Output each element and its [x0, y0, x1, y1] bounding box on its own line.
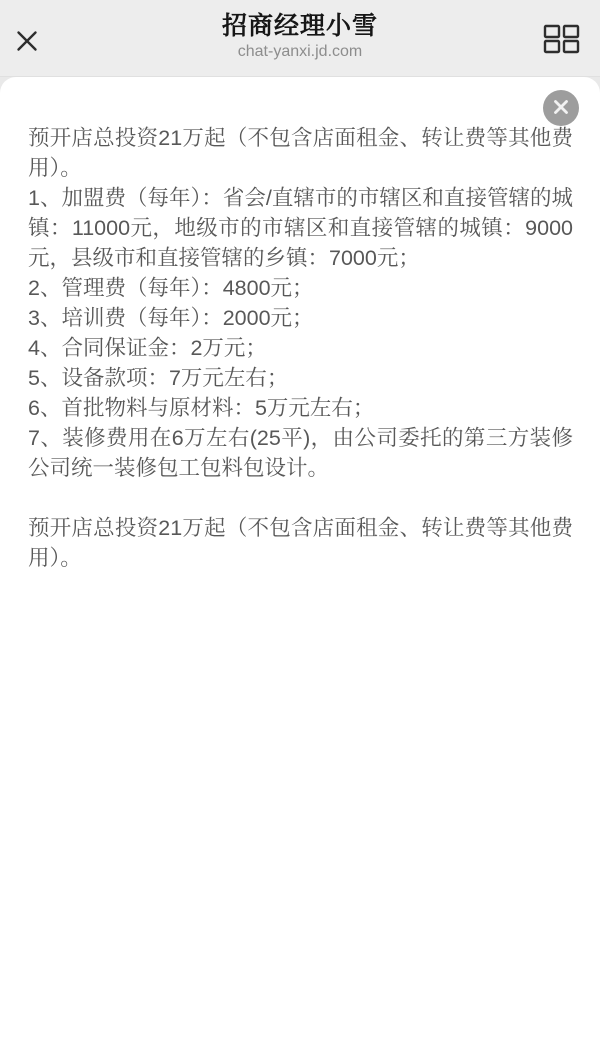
popup-card: 预开店总投资21万起（不包含店面租金、转让费等其他费用）。 1、加盟费（每年）：…: [0, 77, 600, 1057]
fee-details-text: 预开店总投资21万起（不包含店面租金、转让费等其他费用）。 1、加盟费（每年）：…: [0, 77, 600, 573]
fee-item: 4、合同保证金：2万元；: [28, 333, 573, 363]
circle-x-icon: [552, 98, 570, 119]
fee-item: 2、管理费（每年）：4800元；: [28, 273, 573, 303]
menu-button[interactable]: [542, 24, 582, 56]
x-close-icon: [15, 29, 39, 56]
fee-item: 5、设备款项：7万元左右；: [28, 363, 573, 393]
browser-title-bar: 招商经理小雪 chat-yanxi.jd.com: [0, 0, 600, 77]
mobile-screen: 招商经理小雪 chat-yanxi.jd.com: [0, 0, 600, 1057]
intro-paragraph: 预开店总投资21万起（不包含店面租金、转让费等其他费用）。: [28, 123, 573, 183]
fee-item: 1、加盟费（每年）：省会/直辖市的市辖区和直接管辖的城镇：11000元，地级市的…: [28, 183, 573, 273]
grid-2x2-icon: [543, 24, 581, 57]
outro-paragraph: 预开店总投资21万起（不包含店面租金、转让费等其他费用）。: [28, 513, 573, 573]
page-title: 招商经理小雪: [0, 0, 600, 42]
fee-item: 6、首批物料与原材料：5万元左右；: [28, 393, 573, 423]
close-window-button[interactable]: [13, 28, 41, 56]
fee-item: 7、装修费用在6万左右(25平)，由公司委托的第三方装修公司统一装修包工包料包设…: [28, 423, 573, 483]
dismiss-popup-button[interactable]: [543, 90, 579, 126]
page-url: chat-yanxi.jd.com: [0, 42, 600, 62]
fee-item: 3、培训费（每年）：2000元；: [28, 303, 573, 333]
